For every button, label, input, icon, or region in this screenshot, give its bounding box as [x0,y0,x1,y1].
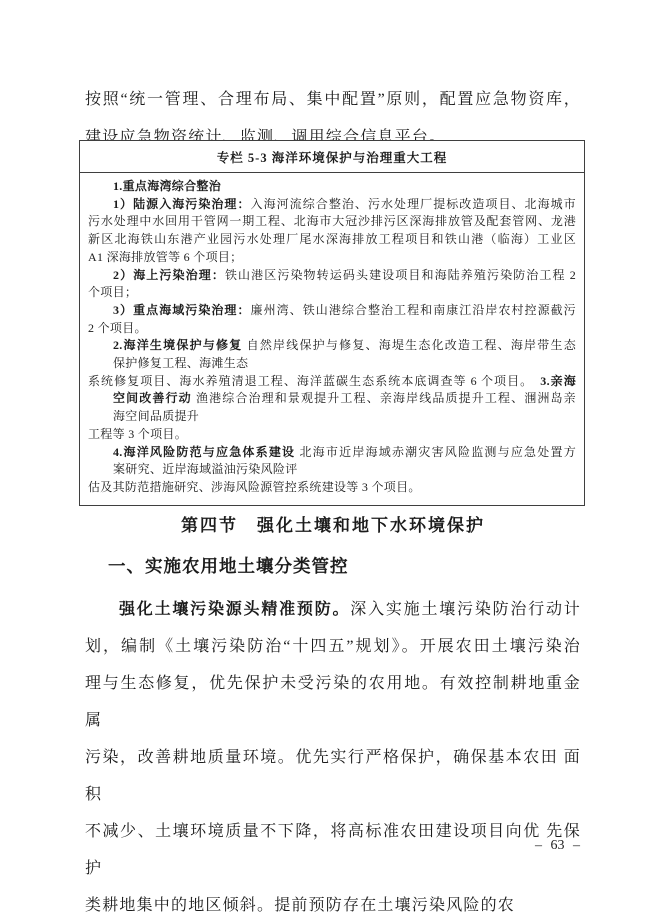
text-segment: 个项目； [88,285,137,299]
text-segment: 自然岸线保护与修复、海堤生态化改造工程、海岸带生态 [242,338,576,352]
text-segment: 不减少、土壤环境质量不下降，将高标准农田建设项目向优 先保护 [85,823,581,877]
feature-box-title: 专栏 5-3 海洋环境保护与治理重大工程 [80,141,584,173]
document-page: 按照“统一管理、合理布局、集中配置”原则，配置应急物资库，建设应急物资统计、监测… [0,0,650,919]
text-segment: 2）海上污染治理： [113,268,225,282]
text-line: A1 深海排放管等 6 个项目； [88,249,576,267]
text-segment: A1 深海排放管等 6 个项目； [88,250,242,264]
text-line: 污水处理中水回用干管网一期工程、北海市大冠沙排污区深海排放管及配套管网、龙港 [88,213,576,231]
text-line: 案研究、近岸海域溢油污染风险评 [88,461,576,479]
text-segment: 廉州湾、铁山港综合整治工程和南康江沿岸农村控源截污 [251,303,576,317]
text-segment: 工程等 3 个项目。 [88,427,187,441]
paragraph-soil-prevention: 强化土壤污染源头精准预防。深入实施土壤污染防治行动计划，编制《土壤污染防治“十四… [85,591,581,919]
text-segment: 强化土壤污染源头精准预防。 [119,601,350,618]
text-line: 4.海洋风险防范与应急体系建设 北海市近岸海域赤潮灾害风险监测与应急处置方 [88,444,576,462]
text-line: 2）海上污染治理：铁山港区污染物转运码头建设项目和海陆养殖污染防治工程 2 [88,267,576,285]
text-segment: 3）重点海域污染治理： [113,303,251,317]
text-line: 个项目； [88,284,576,302]
text-segment: 系统修复项目、海水养殖清退工程、海洋蓝碳生态系统本底调查等 6 个项目。 [88,374,540,388]
text-segment: 入海河流综合整治、污水处理厂提标改造项目、北海城市 [251,197,576,211]
text-segment: 案研究、近岸海域溢油污染风险评 [113,462,298,476]
text-segment: 污水处理中水回用干管网一期工程、北海市大冠沙排污区深海排放管及配套管网、龙港 [88,214,576,228]
text-line: 1）陆源入海污染治理：入海河流综合整治、污水处理厂提标改造项目、北海城市 [88,196,576,214]
text-segment: 新区北海铁山东港产业园污水处理厂尾水深海排放工程项目和铁山港（临海）工业区 [88,232,576,246]
text-segment: 估及其防范措施研究、涉海风险源管控系统建设等 3 个项目。 [88,480,421,494]
page-number: – 63 – [535,838,580,854]
text-line: 保护修复工程、海滩生态 [88,355,576,373]
text-line: 类耕地集中的地区倾斜。提前预防存在土壤污染风险的农 [85,887,581,919]
text-line: 工程等 3 个项目。 [88,426,576,444]
text-line: 空间改善行动 渔港综合治理和景观提升工程、亲海岸线品质提升工程、涠洲岛亲 [88,390,576,408]
text-line: 理与生态修复，优先保护未受污染的农用地。有效控制耕地重金 属 [85,665,581,739]
text-line: 新区北海铁山东港产业园污水处理厂尾水深海排放工程项目和铁山港（临海）工业区 [88,231,576,249]
text-segment: 空间改善行动 [113,391,192,405]
text-segment: 渔港综合治理和景观提升工程、亲海岸线品质提升工程、涠洲岛亲 [192,391,576,405]
text-segment: 2 个项目。 [88,321,147,335]
text-segment: 2.海洋生境保护与修复 [113,338,242,352]
text-segment: 保护修复工程、海滩生态 [113,356,248,370]
text-segment: 1）陆源入海污染治理： [113,197,251,211]
text-segment: 理与生态修复，优先保护未受污染的农用地。有效控制耕地重金 属 [85,675,581,729]
text-segment: 北海市近岸海域赤潮灾害风险监测与应急处置方 [295,445,576,459]
text-segment: 按照“统一管理、合理布局、集中配置”原则，配置应急物资库， [85,91,581,108]
text-segment: 污染，改善耕地质量环境。优先实行严格保护，确保基本农田 面积 [85,749,581,803]
text-line: 3）重点海域污染治理：廉州湾、铁山港综合整治工程和南康江沿岸农村控源截污 [88,302,576,320]
text-line: 1.重点海湾综合整治 [88,178,576,196]
section-heading: 第四节 强化土壤和地下水环境保护 [85,511,581,536]
text-segment: 深入实施土壤污染防治行动计 [350,601,581,618]
text-line: 划，编制《土壤污染防治“十四五”规划》。开展农田土壤污染治 [85,628,581,665]
text-line: 2 个项目。 [88,320,576,338]
subsection-heading: 一、实施农用地土壤分类管控 [108,553,349,578]
text-line: 污染，改善耕地质量环境。优先实行严格保护，确保基本农田 面积 [85,739,581,813]
text-segment: 类耕地集中的地区倾斜。提前预防存在土壤污染风险的农 [85,897,515,914]
feature-box-body: 1.重点海湾综合整治1）陆源入海污染治理：入海河流综合整治、污水处理厂提标改造项… [80,173,584,505]
text-line: 估及其防范措施研究、涉海风险源管控系统建设等 3 个项目。 [88,479,576,497]
text-line: 2.海洋生境保护与修复 自然岸线保护与修复、海堤生态化改造工程、海岸带生态 [88,337,576,355]
feature-box-5-3: 专栏 5-3 海洋环境保护与治理重大工程 1.重点海湾综合整治1）陆源入海污染治… [79,140,585,506]
text-segment: 4.海洋风险防范与应急体系建设 [113,445,295,459]
text-segment: 3.亲海 [540,374,576,388]
text-line: 海空间品质提升 [88,408,576,426]
text-line: 系统修复项目、海水养殖清退工程、海洋蓝碳生态系统本底调查等 6 个项目。 3.亲… [88,373,576,391]
text-line: 强化土壤污染源头精准预防。深入实施土壤污染防治行动计 [85,591,581,628]
text-segment: 海空间品质提升 [113,409,199,423]
text-segment: 划，编制《土壤污染防治“十四五”规划》。开展农田土壤污染治 [85,638,581,655]
text-line: 按照“统一管理、合理布局、集中配置”原则，配置应急物资库， [85,81,581,119]
text-line: 不减少、土壤环境质量不下降，将高标准农田建设项目向优 先保护 [85,813,581,887]
text-segment: 铁山港区污染物转运码头建设项目和海陆养殖污染防治工程 2 [225,268,576,282]
text-segment: 1.重点海湾综合整治 [113,179,221,193]
